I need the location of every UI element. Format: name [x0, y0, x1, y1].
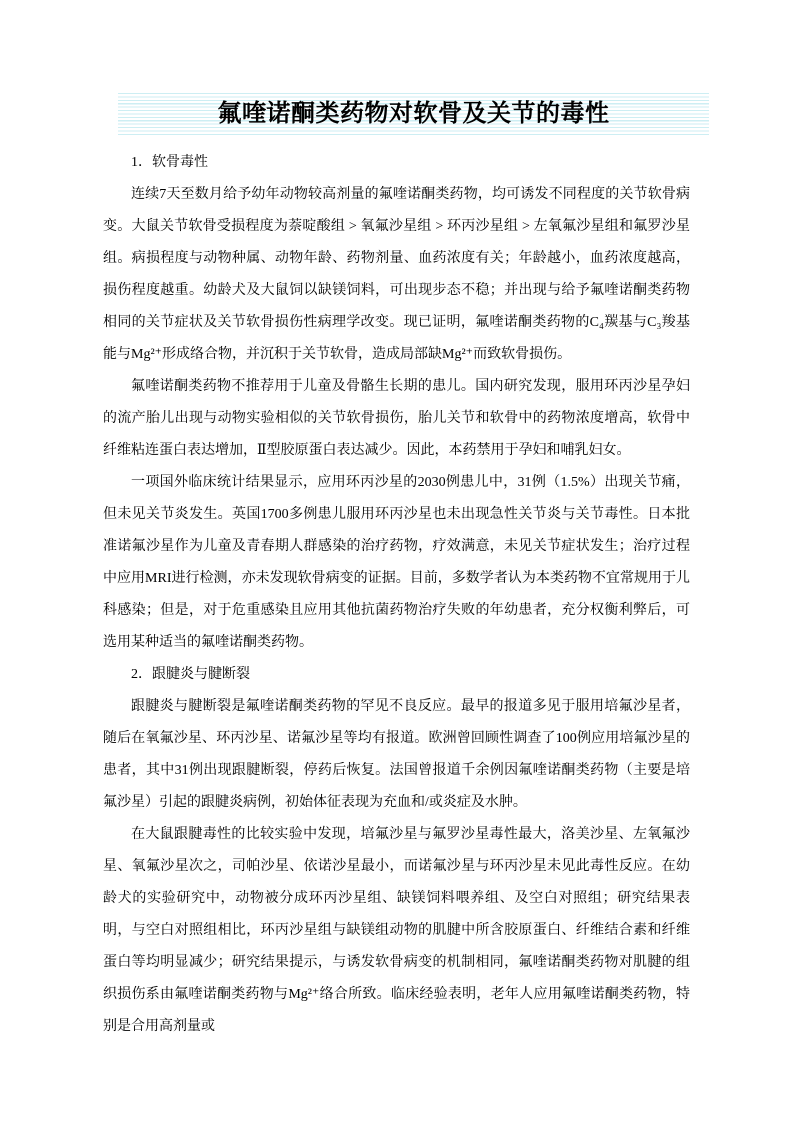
- paragraph-clinical-statistics: 一项国外临床统计结果显示，应用环丙沙星的2030例患儿中，31例（1.5%）出现…: [103, 467, 690, 659]
- section-heading-cartilage-toxicity: 1．软骨毒性: [103, 147, 690, 179]
- title-banner: 氟喹诺酮类药物对软骨及关节的毒性: [118, 93, 709, 135]
- document-page: 氟喹诺酮类药物对软骨及关节的毒性 1．软骨毒性 连续7天至数月给予幼年动物较高剂…: [0, 0, 793, 1122]
- paragraph-children-pregnancy-warning: 氟喹诺酮类药物不推荐用于儿童及骨骼生长期的患儿。国内研究发现，服用环丙沙星孕妇的…: [103, 371, 690, 467]
- paragraph-tendon-toxicity-experiments: 在大鼠跟腱毒性的比较实验中发现，培氟沙星与氟罗沙星毒性最大，洛美沙星、左氧氟沙星…: [103, 819, 690, 1043]
- document-content: 氟喹诺酮类药物对软骨及关节的毒性 1．软骨毒性 连续7天至数月给予幼年动物较高剂…: [103, 93, 690, 1043]
- document-body: 1．软骨毒性 连续7天至数月给予幼年动物较高剂量的氟喹诺酮类药物，均可诱发不同程…: [103, 147, 690, 1043]
- paragraph-tendinitis-reports: 跟腱炎与腱断裂是氟喹诺酮类药物的罕见不良反应。最早的报道多见于服用培氟沙星者，随…: [103, 691, 690, 819]
- page-title: 氟喹诺酮类药物对软骨及关节的毒性: [218, 102, 610, 126]
- paragraph-cartilage-animal-studies: 连续7天至数月给予幼年动物较高剂量的氟喹诺酮类药物，均可诱发不同程度的关节软骨病…: [103, 179, 690, 371]
- section-heading-tendinitis-rupture: 2．跟腱炎与腱断裂: [103, 659, 690, 691]
